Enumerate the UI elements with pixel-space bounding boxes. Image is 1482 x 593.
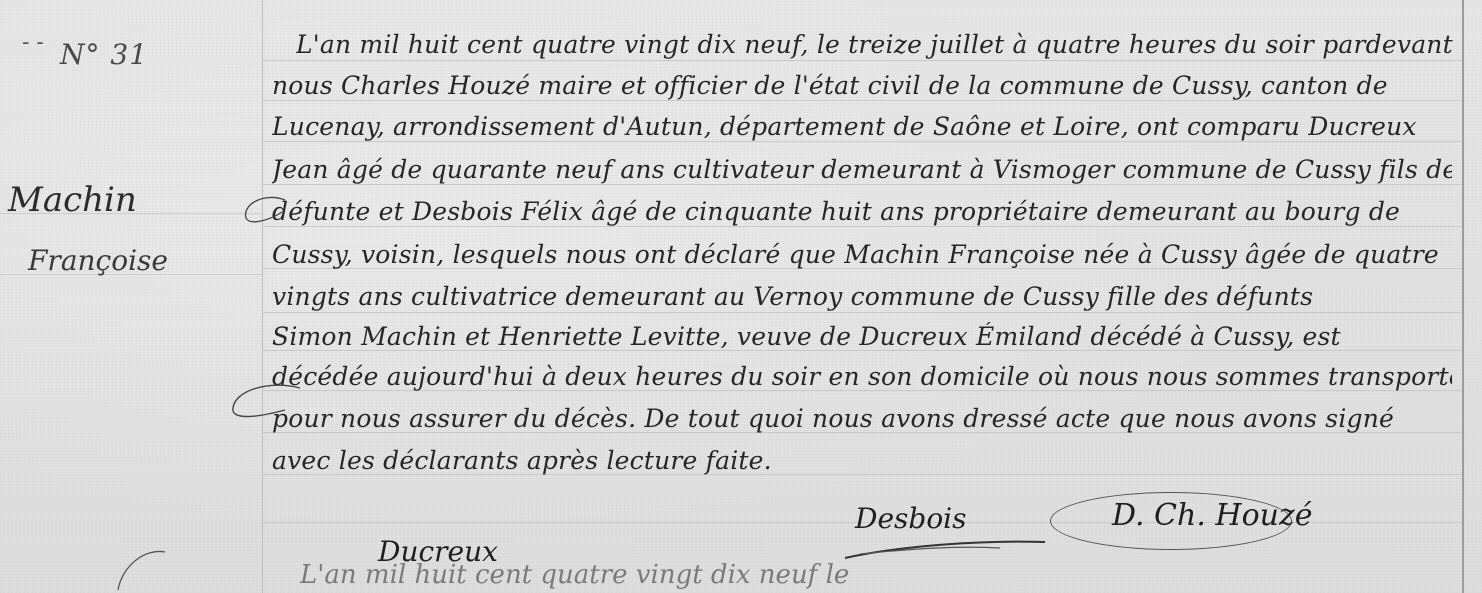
ruled-line xyxy=(262,60,1462,61)
record-line: Simon Machin et Henriette Levitte, veuve… xyxy=(272,322,1452,352)
record-line: Jean âgé de quarante neuf ans cultivateu… xyxy=(272,155,1452,185)
record-line: pour nous assurer du décès. De tout quoi… xyxy=(272,404,1452,434)
deceased-given-name: Françoise xyxy=(28,244,168,277)
capital-l-flourish xyxy=(110,548,170,593)
record-line: vingts ans cultivatrice demeurant au Ver… xyxy=(272,282,1452,312)
margin-rule xyxy=(262,0,263,593)
scanned-register-page: - - N° 31 Machin Françoise L'an mil huit… xyxy=(0,0,1482,593)
signature-paraph xyxy=(840,538,1050,560)
record-line: Lucenay, arrondissement d'Autun, départe… xyxy=(272,112,1452,142)
record-line: avec les déclarants après lecture faite. xyxy=(272,446,1452,476)
record-line: Cussy, voisin, lesquels nous ont déclaré… xyxy=(272,240,1452,270)
ruled-line xyxy=(262,312,1462,313)
next-record-fragment: L'an mil huit cent quatre vingt dix neuf… xyxy=(300,560,849,590)
deceased-surname: Machin xyxy=(8,180,137,220)
margin-mark: - - xyxy=(22,30,44,55)
record-line: défunte et Desbois Félix âgé de cinquant… xyxy=(272,197,1452,227)
record-line: nous Charles Houzé maire et officier de … xyxy=(272,71,1452,101)
signature-desbois: Desbois xyxy=(855,502,967,535)
record-line: décédée aujourd'hui à deux heures du soi… xyxy=(272,362,1452,392)
right-edge-rule xyxy=(1462,0,1464,593)
record-line: L'an mil huit cent quatre vingt dix neuf… xyxy=(296,30,1476,60)
signature-mayor: D. Ch. Houzé xyxy=(1112,498,1313,533)
entry-number: N° 31 xyxy=(60,38,148,71)
